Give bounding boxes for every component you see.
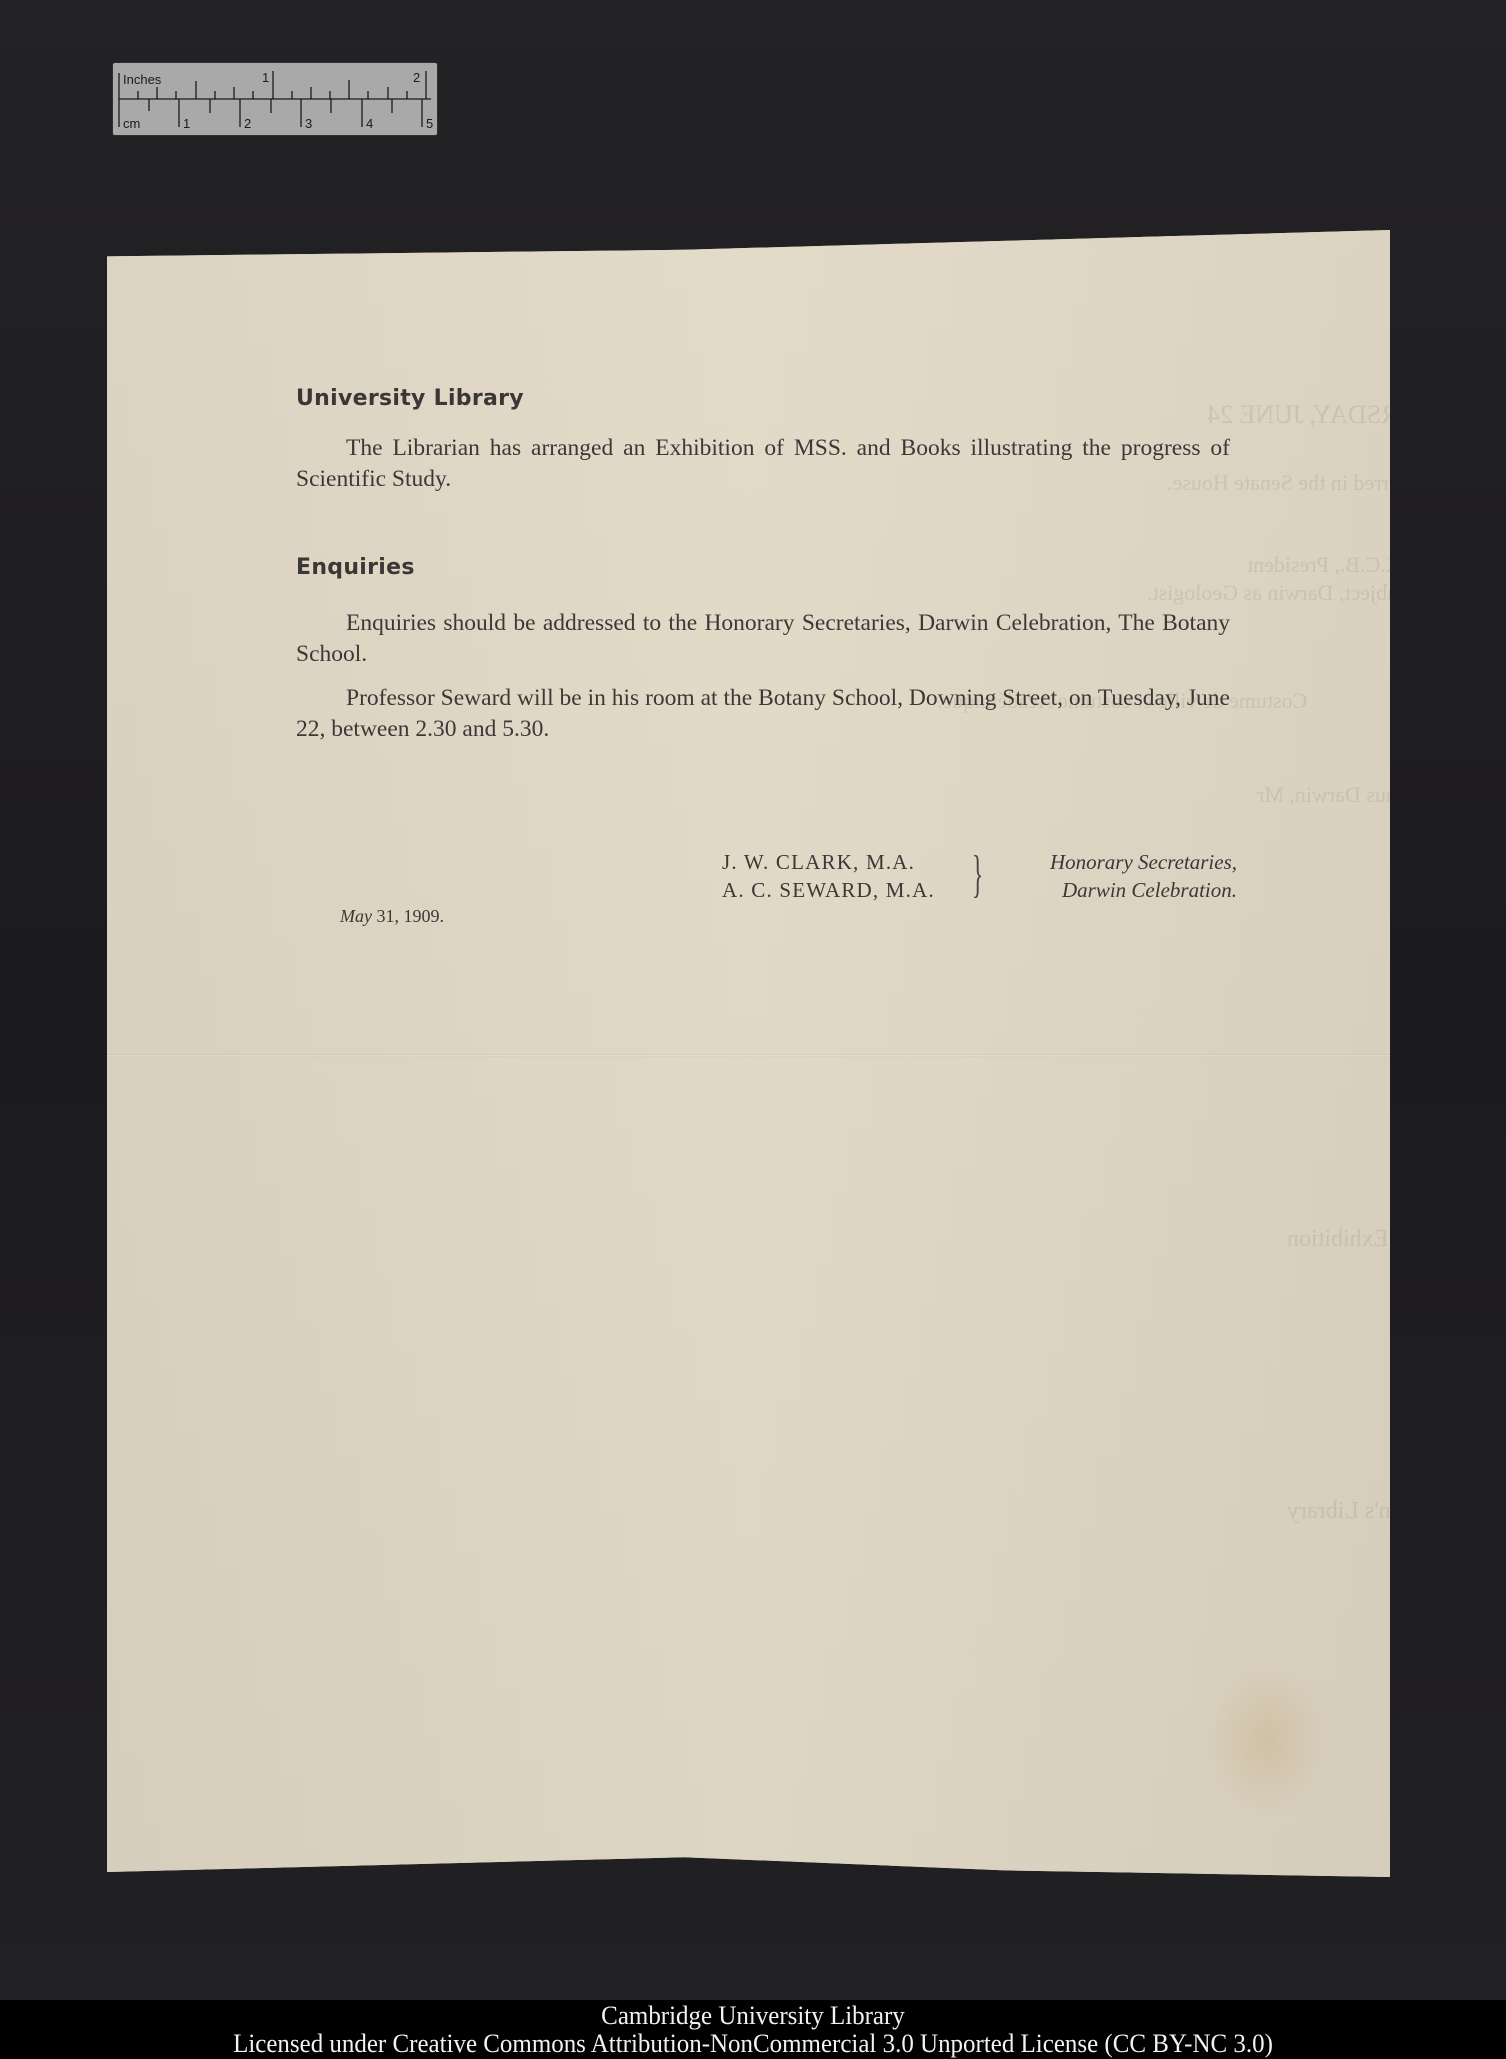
document-date: May 31, 1909. [340, 906, 444, 927]
secretary-role: Honorary Secretaries, Darwin Celebration… [997, 848, 1237, 904]
paragraph-exhibition: The Librarian has arranged an Exhibition… [296, 433, 1230, 495]
scale-ruler: Inches 1 2 cm 1 2 3 4 5 [113, 63, 437, 135]
ruler-inch-2: 2 [413, 71, 420, 84]
ruler-cm-4: 4 [366, 117, 373, 130]
ruler-cm-3: 3 [305, 117, 312, 130]
heading-enquiries: Enquiries [296, 555, 1230, 580]
ruler-ticks-icon [113, 63, 437, 135]
role-line-2: Darwin Celebration. [997, 876, 1237, 904]
date-day-year: 31, 1909. [376, 906, 444, 926]
document-body: University Library The Librarian has arr… [296, 380, 1230, 745]
license-institution: Cambridge University Library [30, 2002, 1476, 2030]
ruler-inch-1: 1 [262, 71, 269, 84]
role-line-1: Honorary Secretaries, [997, 848, 1237, 876]
paragraph-professor-seward: Professor Seward will be in his room at … [296, 683, 1230, 745]
ruler-cm-2: 2 [244, 117, 251, 130]
license-bar: Cambridge University Library Licensed un… [0, 2000, 1506, 2059]
paragraph-enquiries-address: Enquiries should be addressed to the Hon… [296, 608, 1230, 670]
license-text: Licensed under Creative Commons Attribut… [30, 2030, 1476, 2058]
secretary-name: A. C. SEWARD, M.A. [722, 876, 935, 904]
ruler-cm-5: 5 [426, 117, 433, 130]
date-month: May [340, 906, 372, 926]
heading-university-library: University Library [296, 386, 1230, 411]
fold-crease [107, 1054, 1390, 1057]
secretary-name: J. W. CLARK, M.A. [722, 848, 935, 876]
secretary-names: J. W. CLARK, M.A. A. C. SEWARD, M.A. [722, 848, 935, 904]
ruler-cm-1: 1 [183, 117, 190, 130]
ruler-cm-label: cm [123, 117, 140, 130]
brace-icon: } [972, 847, 983, 903]
ruler-inches-label: Inches [123, 73, 161, 86]
